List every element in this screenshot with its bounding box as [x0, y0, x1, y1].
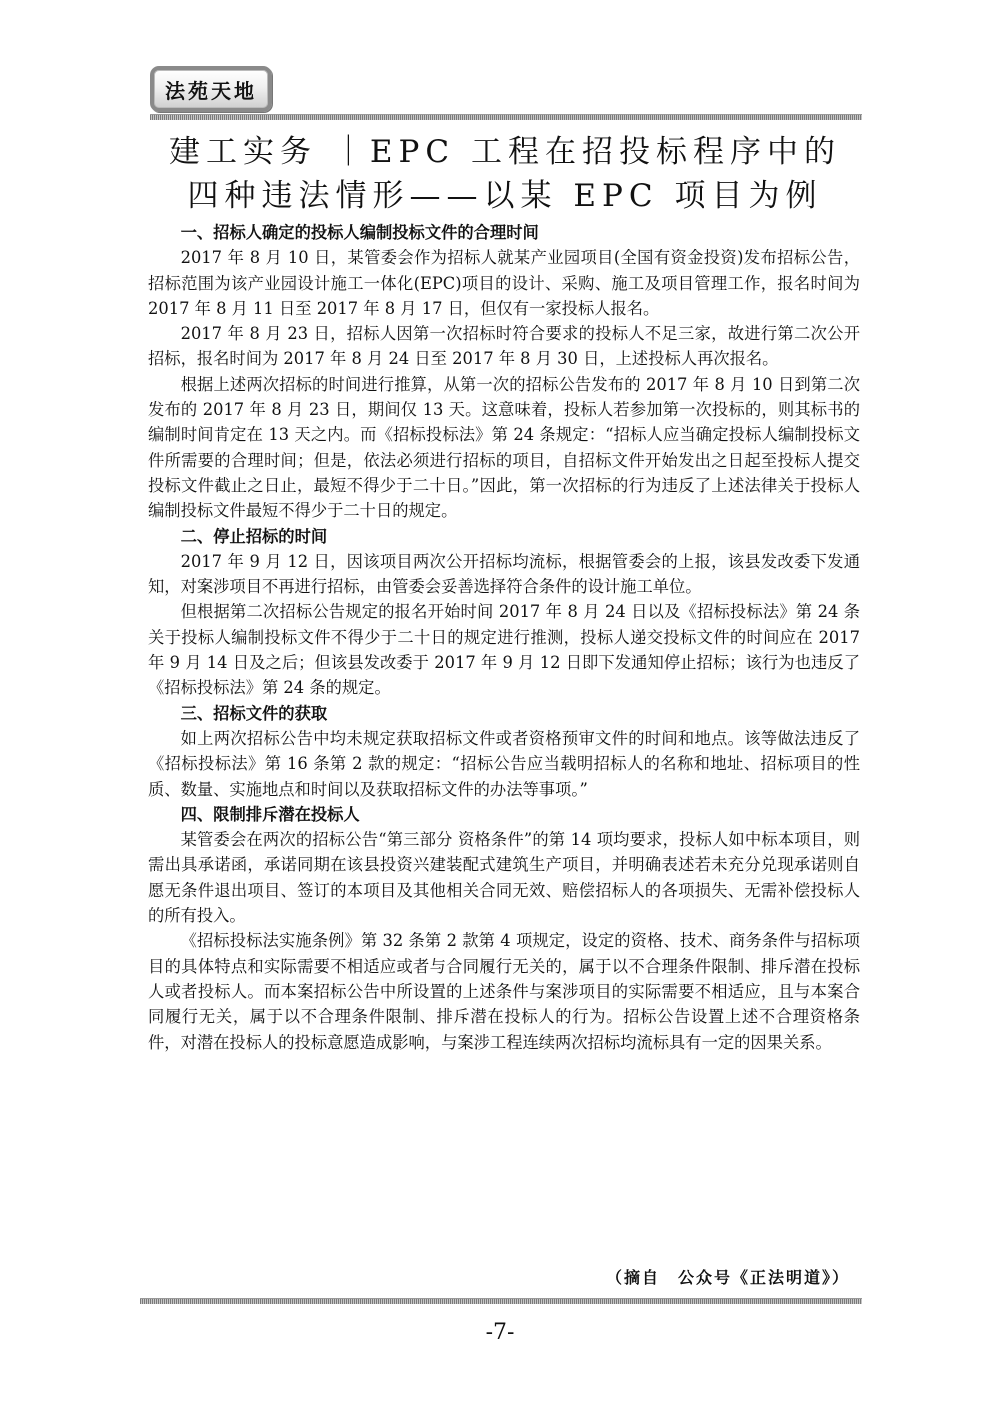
page-number: -7- — [0, 1320, 1000, 1345]
header-divider — [150, 114, 862, 120]
paragraph: 《招标投标法实施条例》第 32 条第 2 款第 4 项规定，设定的资格、技术、商… — [148, 928, 860, 1054]
section-heading-1: 一、招标人确定的投标人编制投标文件的合理时间 — [148, 220, 860, 245]
paragraph: 2017 年 8 月 10 日，某管委会作为招标人就某产业园项目(全国有资金投资… — [148, 245, 860, 321]
article-title-line-1: 建工实务 ｜EPC 工程在招投标程序中的 — [140, 126, 870, 171]
section-badge: 法苑天地 — [150, 66, 272, 112]
paragraph: 如上两次招标公告中均未规定获取招标文件或者资格预审文件的时间和地点。该等做法违反… — [148, 726, 860, 802]
section-heading-3: 三、招标文件的获取 — [148, 701, 860, 726]
paragraph: 某管委会在两次的招标公告“第三部分 资格条件”的第 14 项均要求，投标人如中标… — [148, 827, 860, 928]
section-heading-4: 四、限制排斥潜在投标人 — [148, 802, 860, 827]
section-heading-2: 二、停止招标的时间 — [148, 524, 860, 549]
section-badge-label: 法苑天地 — [165, 75, 257, 104]
footer-divider — [140, 1298, 862, 1304]
paragraph: 2017 年 8 月 23 日，招标人因第一次招标时符合要求的投标人不足三家，故… — [148, 321, 860, 372]
paragraph: 根据上述两次招标的时间进行推算，从第一次的招标公告发布的 2017 年 8 月 … — [148, 372, 860, 524]
paragraph: 2017 年 9 月 12 日，因该项目两次公开招标均流标，根据管委会的上报，该… — [148, 549, 860, 600]
article-title-line-2: 四种违法情形——以某 EPC 项目为例 — [140, 170, 870, 215]
source-attribution: （摘自 公众号《正法明道》） — [606, 1265, 850, 1288]
article-body: 一、招标人确定的投标人编制投标文件的合理时间 2017 年 8 月 10 日，某… — [148, 220, 860, 1055]
paragraph: 但根据第二次招标公告规定的报名开始时间 2017 年 8 月 24 日以及《招标… — [148, 599, 860, 700]
